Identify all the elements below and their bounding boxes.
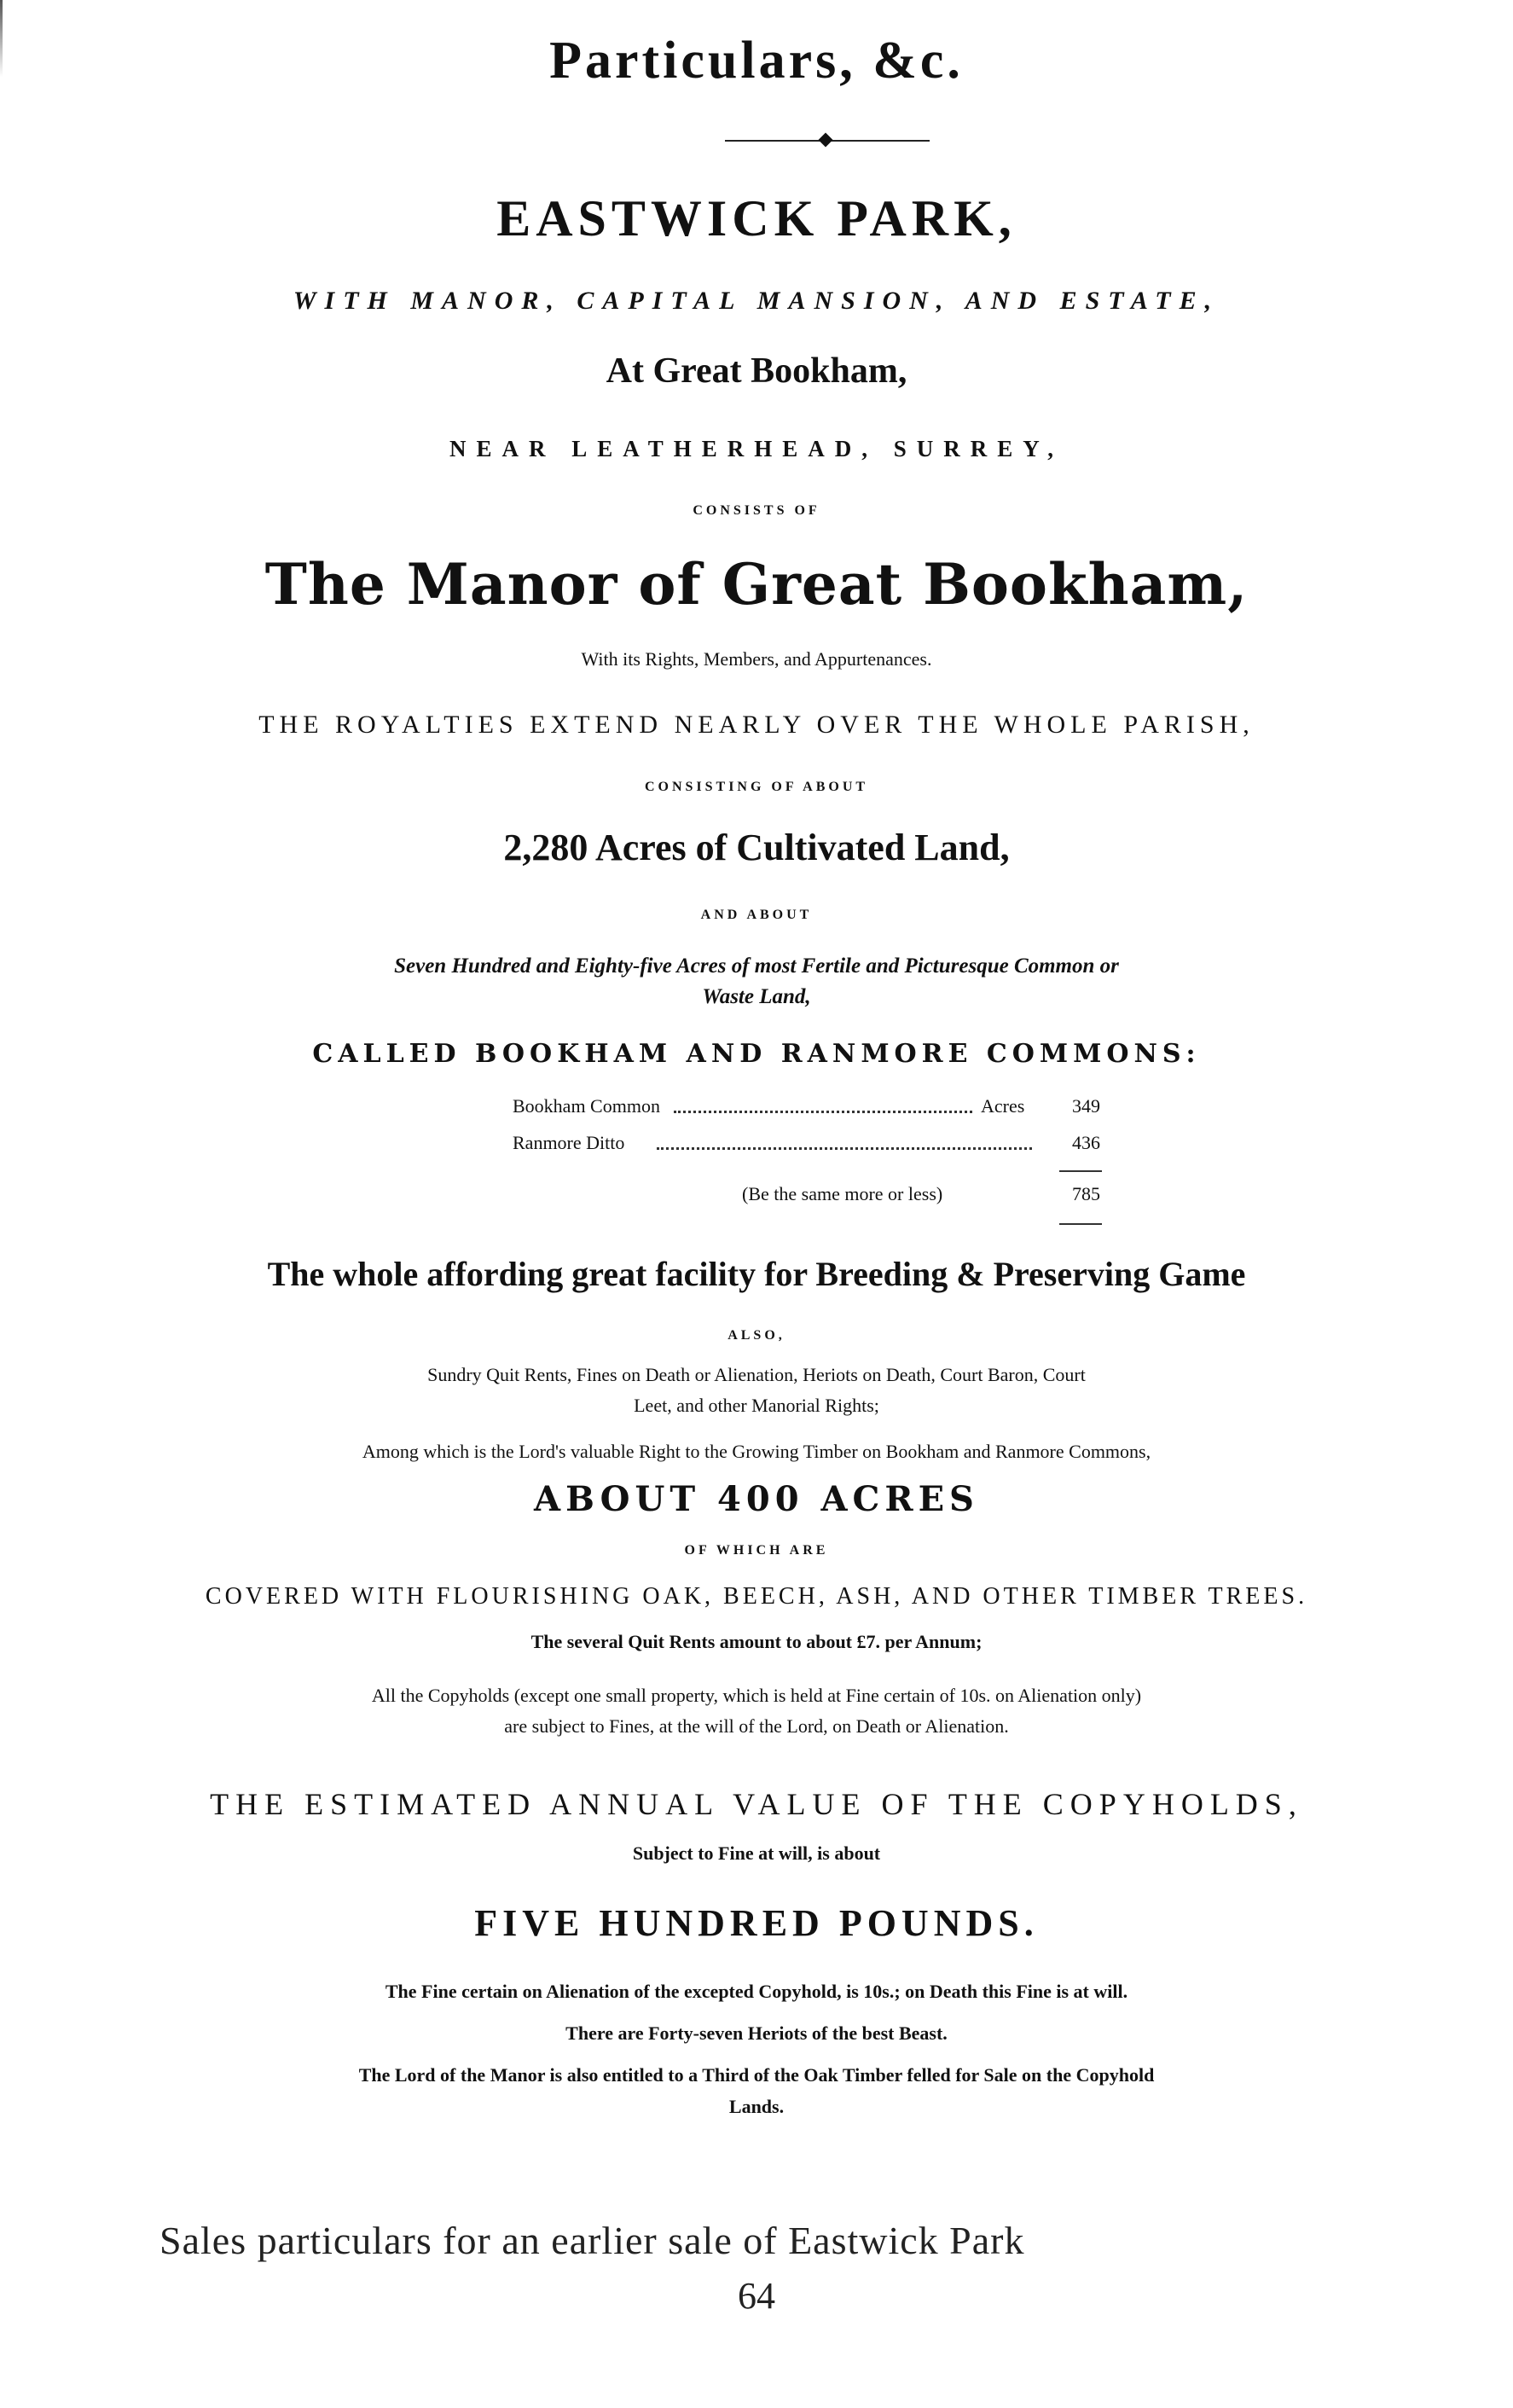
dot-leader [657,1147,1032,1150]
estate-subtitle: WITH MANOR, CAPITAL MANSION, AND ESTATE, [0,288,1513,314]
estate-name: EASTWICK PARK, [0,193,1513,244]
estimated-value: THE ESTIMATED ANNUAL VALUE OF THE COPYHO… [0,1789,1513,1819]
fine-certain: The Fine certain on Alienation of the ex… [0,1982,1513,2001]
of-which-are: OF WHICH ARE [0,1544,1513,1558]
table-row-value: 436 [1058,1132,1100,1154]
table-row-value: 349 [1058,1095,1100,1117]
figure-caption: Sales particulars for an earlier sale of… [159,2218,1025,2263]
dot-leader [674,1111,972,1113]
document-header: Particulars, &c. [0,34,1513,87]
ornament-diamond-icon [819,133,833,148]
table-row-label: Ranmore Ditto [513,1132,624,1154]
covered-trees: COVERED WITH FLOURISHING OAK, BEECH, ASH… [0,1585,1513,1609]
about-400-acres: ABOUT 400 ACRES [0,1483,1513,1517]
page-number: 64 [0,2274,1513,2318]
subject-to-fine: Subject to Fine at will, is about [0,1844,1513,1863]
five-hundred-pounds: FIVE HUNDRED POUNDS. [0,1905,1513,1942]
rents-line2: Leet, and other Manorial Rights; [0,1396,1513,1415]
game-facility: The whole affording great facility for B… [0,1257,1513,1291]
manor-title: The Manor of Great Bookham, [0,556,1513,612]
heriots: There are Forty-seven Heriots of the bes… [0,2024,1513,2043]
copyholds-line2: are subject to Fines, at the will of the… [0,1717,1513,1736]
table-total-label: (Be the same more or less) [742,1183,942,1205]
common-land-line1: Seven Hundred and Eighty-five Acres of m… [0,955,1513,977]
quit-rents: The several Quit Rents amount to about £… [0,1633,1513,1651]
table-row-label: Bookham Common [513,1095,660,1117]
and-about: AND ABOUT [0,908,1513,922]
cultivated-land: 2,280 Acres of Cultivated Land, [0,829,1513,867]
rents-line1: Sundry Quit Rents, Fines on Death or Ali… [0,1366,1513,1384]
also: ALSO, [0,1329,1513,1343]
table-total-value: 785 [1058,1183,1100,1205]
lord-line2: Lands. [0,2098,1513,2116]
location: At Great Bookham, [0,353,1513,389]
consists-of: CONSISTS OF [0,504,1513,518]
lord-line1: The Lord of the Manor is also entitled t… [0,2066,1513,2085]
common-land-line2: Waste Land, [0,986,1513,1007]
table-row-unit: Acres [981,1095,1024,1117]
royalties: THE ROYALTIES EXTEND NEARLY OVER THE WHO… [0,712,1513,738]
consisting-of-about: CONSISTING OF ABOUT [0,780,1513,794]
timber-right: Among which is the Lord's valuable Right… [0,1442,1513,1461]
county: NEAR LEATHERHEAD, SURREY, [0,438,1513,461]
commons-heading: CALLED BOOKHAM AND RANMORE COMMONS: [0,1042,1513,1067]
copyholds-line1: All the Copyholds (except one small prop… [0,1686,1513,1705]
total-rule [1059,1223,1102,1225]
sum-rule [1059,1170,1102,1172]
manor-rights: With its Rights, Members, and Appurtenan… [0,650,1513,669]
